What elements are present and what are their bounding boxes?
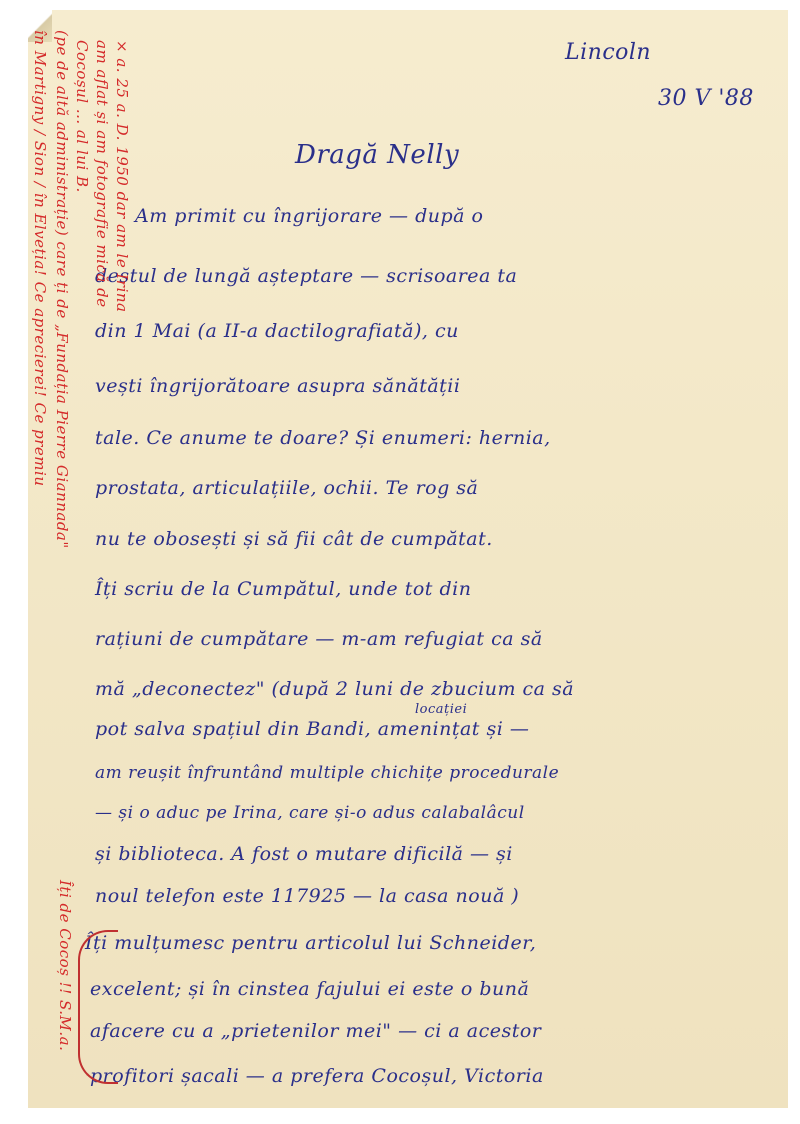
body-line: Am primit cu îngrijorare — după o [135, 205, 483, 227]
body-line: tale. Ce anume te doare? Și enumeri: her… [95, 427, 551, 449]
margin-note: × a. 25 a. D. 1950 dar am le Irina [111, 40, 132, 312]
margin-note: în Martigny / Sion / în Elveția! Ce apre… [29, 30, 50, 486]
salutation: Dragă Nelly [295, 140, 459, 170]
body-line: din 1 Mai (a II-a dactilografiată), cu [95, 320, 459, 342]
letter-place: Lincoln [565, 40, 651, 65]
body-line: prostata, articulațiile, ochii. Te rog s… [95, 477, 478, 499]
letter-date: 30 V '88 [658, 86, 754, 111]
body-line: excelent; și în cinstea fajului ei este … [90, 978, 529, 1000]
body-line: Îți mulțumesc pentru articolul lui Schne… [85, 932, 536, 954]
body-line: noul telefon este 117925 — la casa nouă … [95, 885, 519, 907]
margin-note: (pe de altă administrație) care ți de „F… [51, 30, 72, 549]
red-bracket-mark [78, 930, 118, 1084]
margin-note: Cocoșul ... al lui B. [71, 40, 92, 193]
body-line: pot salva spațiul din Bandi, amenințat ș… [95, 718, 529, 740]
body-line: destul de lungă așteptare — scrisoarea t… [95, 265, 517, 287]
body-line: nu te obosești și să fii cât de cumpătat… [95, 528, 493, 550]
body-line: și biblioteca. A fost o mutare dificilă … [95, 843, 513, 865]
body-line: am reușit înfruntând multiple chichițe p… [95, 763, 559, 783]
margin-note: am aflat și am fotografie mică de [91, 40, 112, 308]
body-line: afacere cu a „prietenilor mei" — ci a ac… [90, 1020, 541, 1042]
body-line: profitori șacali — a prefera Cocoșul, Vi… [90, 1065, 544, 1087]
margin-note: Îți de Cocoș !! S.M.a. [54, 880, 75, 1051]
body-line: mă „deconectez" (după 2 luni de zbucium … [95, 678, 574, 700]
body-line: vești îngrijorătoare asupra sănătății [95, 375, 460, 397]
body-line: rațiuni de cumpătare — m-am refugiat ca … [95, 628, 543, 650]
body-line: Îți scriu de la Cumpătul, unde tot din [95, 578, 471, 600]
insertion-locatiei: locației [415, 702, 467, 717]
body-line: — și o aduc pe Irina, care și-o adus cal… [95, 803, 525, 823]
